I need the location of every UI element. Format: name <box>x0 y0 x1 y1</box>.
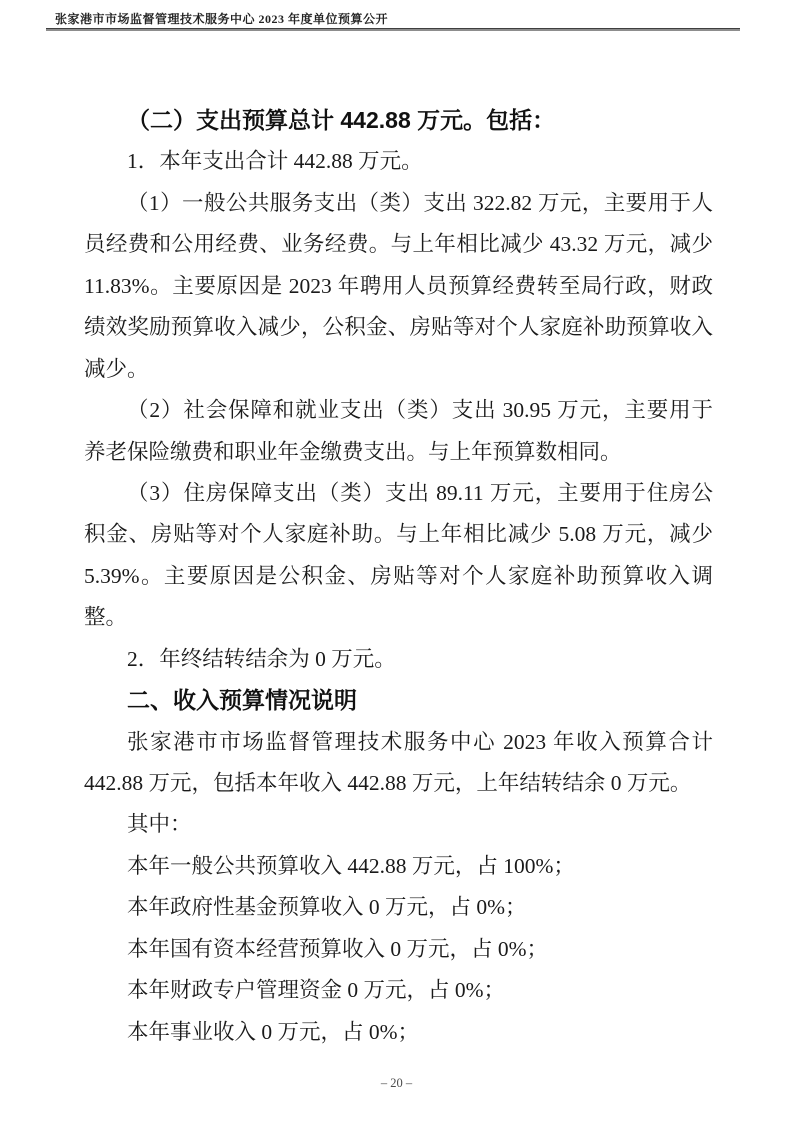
text-line: （2）社会保障和就业支出（类）支出 30.95 万元，主要用于 <box>84 390 713 431</box>
section-heading-expenditure: （二）支出预算总计 442.88 万元。包括： <box>84 100 713 141</box>
text-line: 其中： <box>84 804 713 845</box>
text-line: 1．本年支出合计 442.88 万元。 <box>84 141 713 182</box>
text-line: 442.88 万元，包括本年收入 442.88 万元，上年结转结余 0 万元。 <box>84 763 713 804</box>
text-line: 绩效奖励预算收入减少，公积金、房贴等对个人家庭补助预算收入 <box>84 307 713 348</box>
text-line: 2．年终结转结余为 0 万元。 <box>84 639 713 680</box>
text-line: 养老保险缴费和职业年金缴费支出。与上年预算数相同。 <box>84 432 713 473</box>
text-line: 本年一般公共预算收入 442.88 万元，占 100%； <box>84 846 713 887</box>
text-line: 本年事业收入 0 万元，占 0%； <box>84 1012 713 1053</box>
text-line: 本年国有资本经营预算收入 0 万元，占 0%； <box>84 929 713 970</box>
text-line: 5.39%。主要原因是公积金、房贴等对个人家庭补助预算收入调 <box>84 556 713 597</box>
header-title: 张家港市市场监督管理技术服务中心 2023 年度单位预算公开 <box>55 10 715 27</box>
section-heading-income: 二、收入预算情况说明 <box>84 680 713 721</box>
text-line: 员经费和公用经费、业务经费。与上年相比减少 43.32 万元，减少 <box>84 224 713 265</box>
text-line: 减少。 <box>84 349 713 390</box>
text-line: （1）一般公共服务支出（类）支出 322.82 万元，主要用于人 <box>84 183 713 224</box>
text-line: （3）住房保障支出（类）支出 89.11 万元，主要用于住房公 <box>84 473 713 514</box>
document-page: 张家港市市场监督管理技术服务中心 2023 年度单位预算公开 （二）支出预算总计… <box>0 0 793 1122</box>
footer-page-number: – 20 – <box>0 1076 793 1091</box>
document-body: （二）支出预算总计 442.88 万元。包括： 1．本年支出合计 442.88 … <box>84 100 713 1053</box>
text-line: 积金、房贴等对个人家庭补助。与上年相比减少 5.08 万元，减少 <box>84 514 713 555</box>
text-line: 整。 <box>84 597 713 638</box>
text-line: 张家港市市场监督管理技术服务中心 2023 年收入预算合计 <box>84 722 713 763</box>
text-line: 本年政府性基金预算收入 0 万元，占 0%； <box>84 887 713 928</box>
text-line: 本年财政专户管理资金 0 万元，占 0%； <box>84 970 713 1011</box>
header-rule-divider <box>46 28 740 31</box>
text-line: 11.83%。主要原因是 2023 年聘用人员预算经费转至局行政，财政 <box>84 266 713 307</box>
